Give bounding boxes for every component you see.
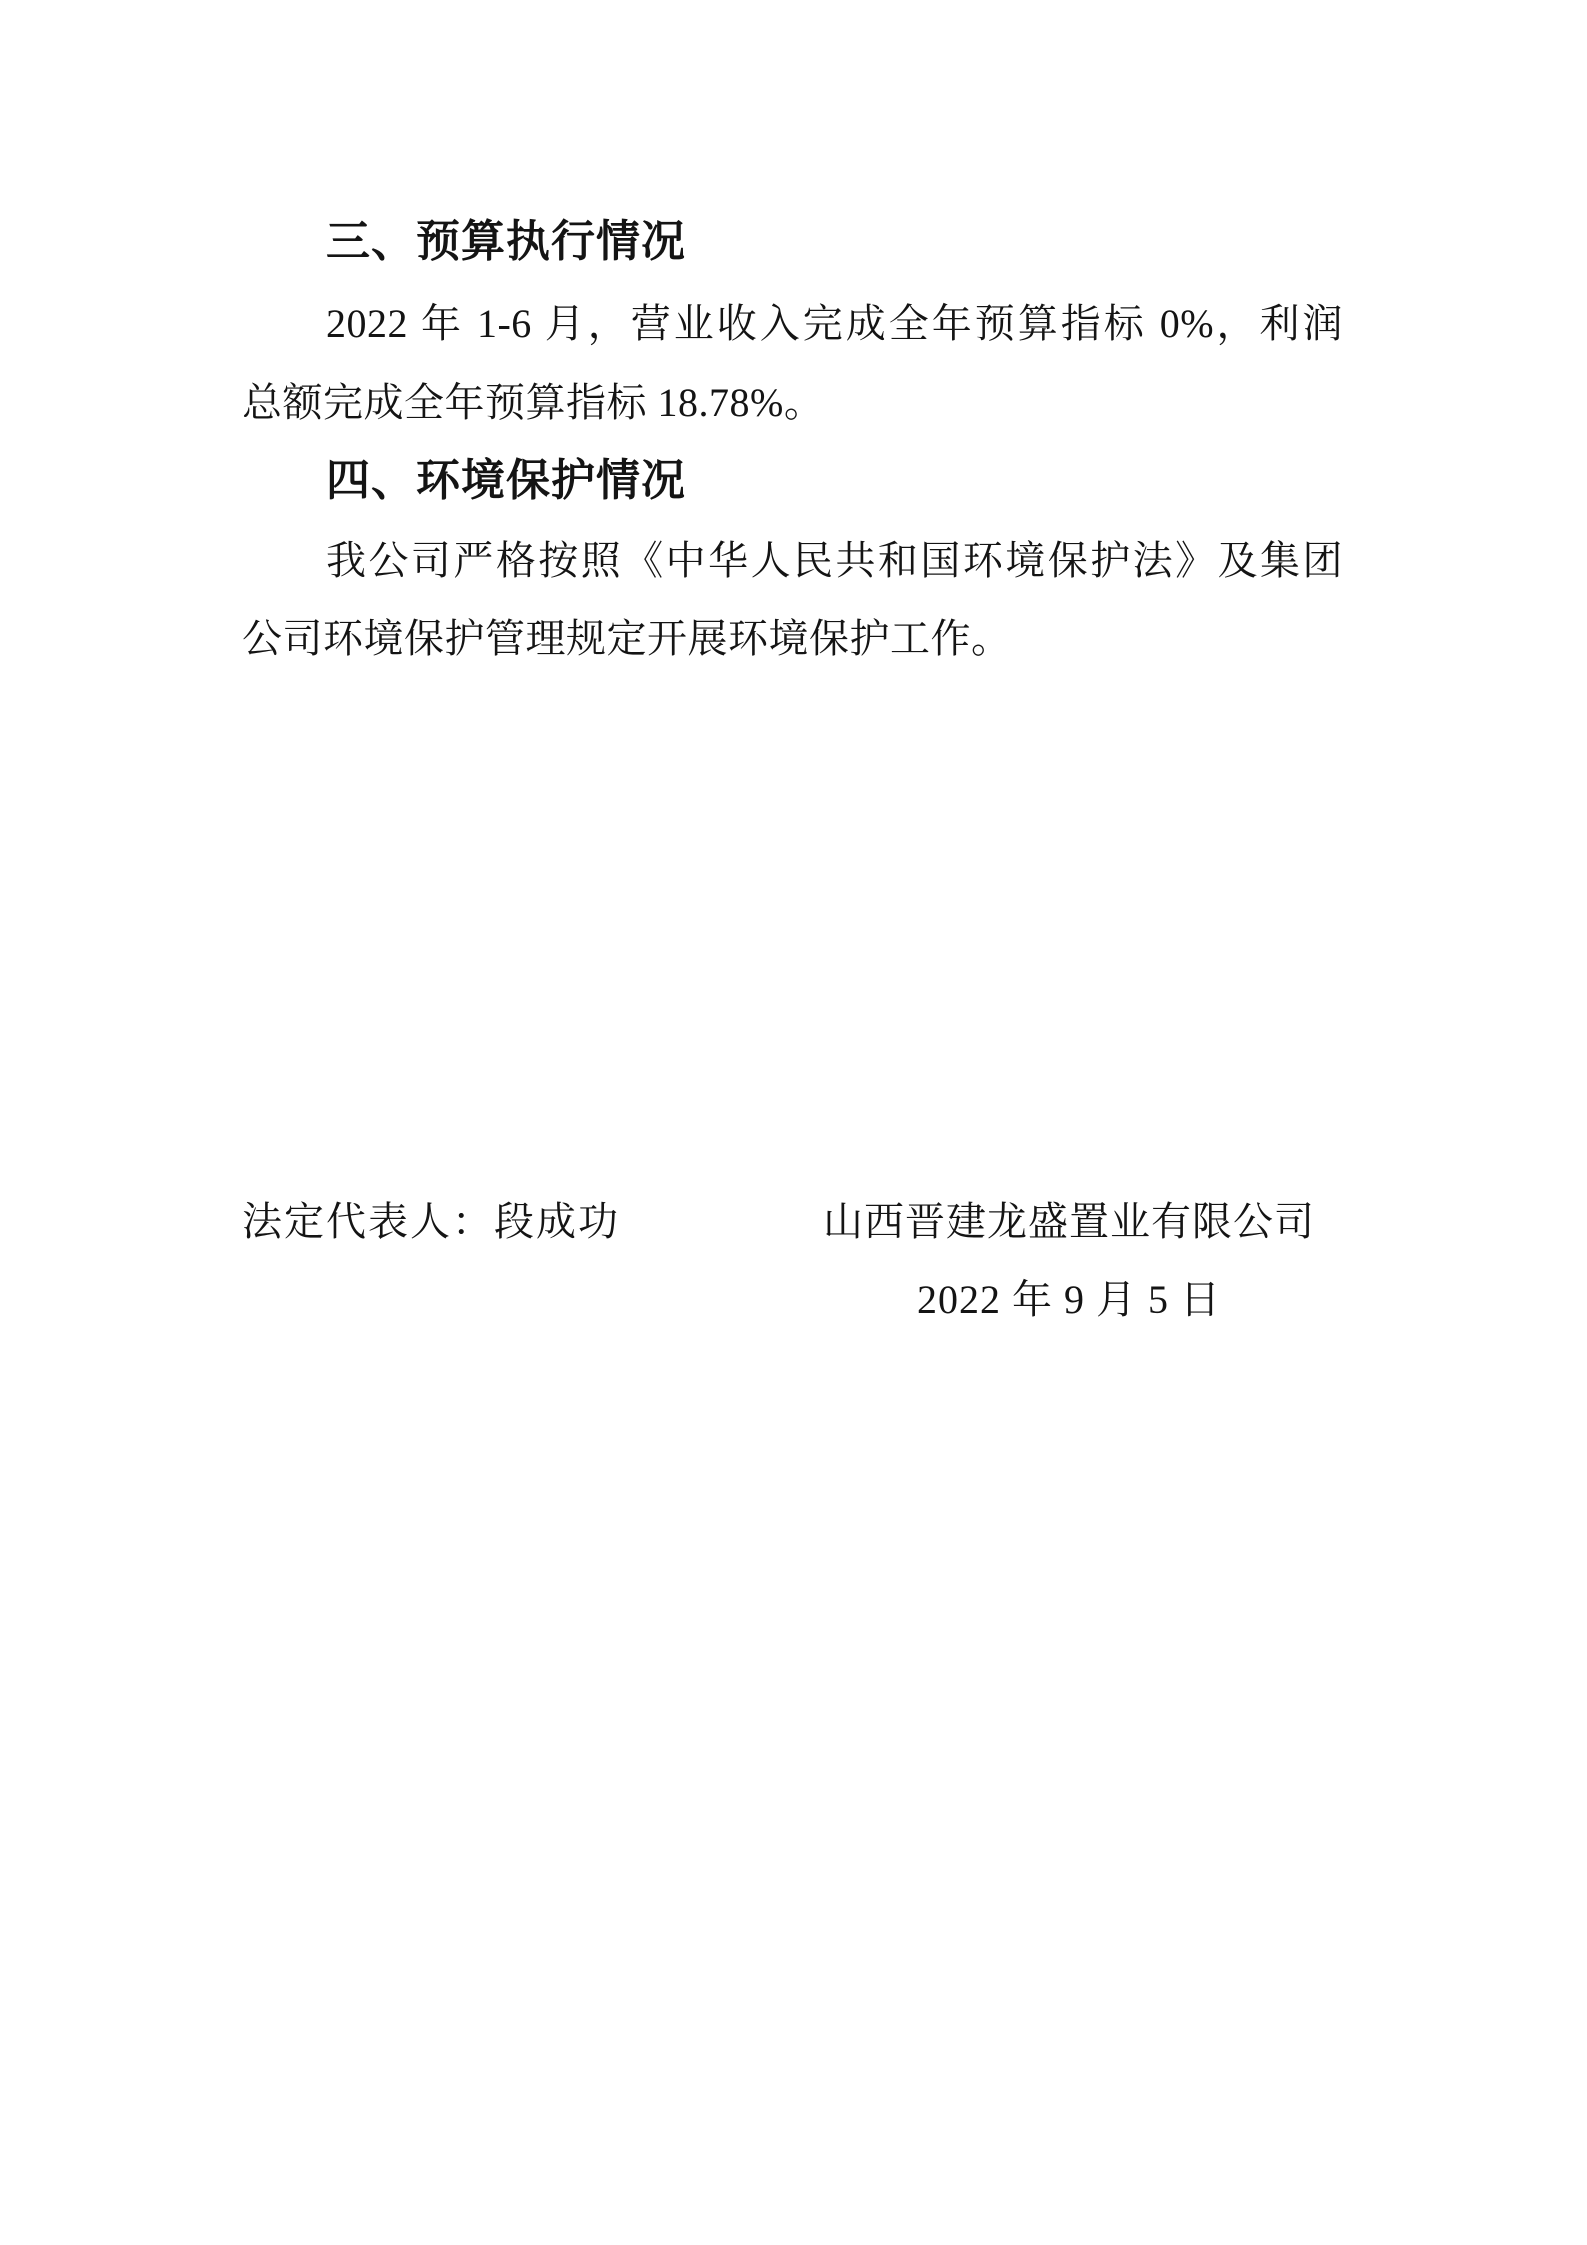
section-budget-line-1: 2022 年 1-6 月，营业收入完成全年预算指标 0%，利润 [242, 300, 1343, 347]
section-environment-line-1: 我公司严格按照《中华人民共和国环境保护法》及集团 [242, 537, 1343, 584]
document-page: 三、预算执行情况 2022 年 1-6 月，营业收入完成全年预算指标 0%，利润… [0, 0, 1587, 2245]
legal-representative-line: 法定代表人：段成功 [242, 1198, 802, 1245]
section-budget-line-2: 总额完成全年预算指标 18.78%。 [242, 379, 1343, 426]
section-budget-heading: 三、预算执行情况 [242, 216, 1343, 268]
section-environment-line-2: 公司环境保护管理规定开展环境保护工作。 [242, 615, 1343, 662]
signature-date: 2022 年 9 月 5 日 [822, 1276, 1316, 1323]
company-name: 山西晋建龙盛置业有限公司 [822, 1198, 1316, 1245]
section-environment-heading: 四、环境保护情况 [242, 455, 1343, 507]
